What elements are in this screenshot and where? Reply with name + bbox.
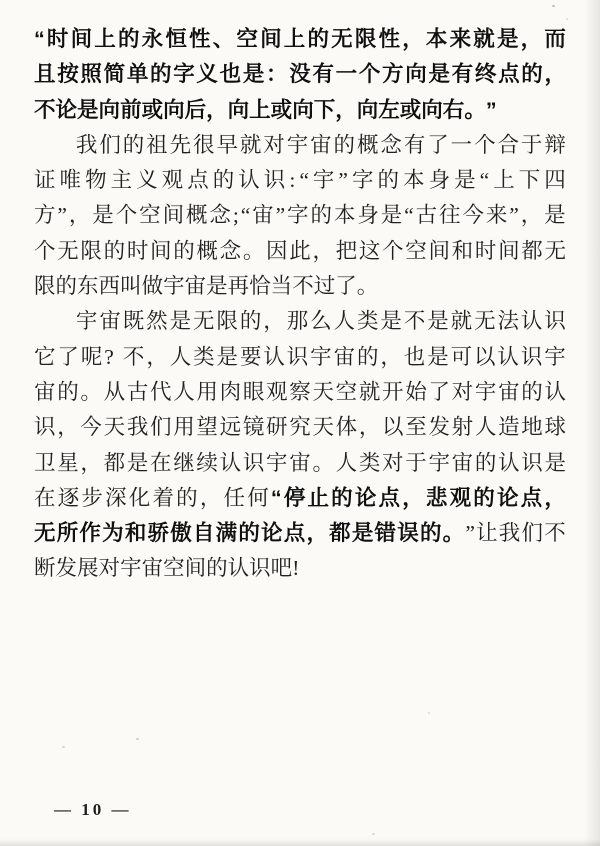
text-line: 限的东西叫做宇宙是再恰当不过了。 (34, 269, 566, 304)
text-line: 且按照简单的字义也是：没有一个方向是有终点的， (34, 57, 566, 92)
paragraph: “时间上的永恒性、空间上的无限性，本来就是，而且按照简单的字义也是：没有一个方向… (34, 22, 568, 128)
text-line: 断发展对宇宙空间的认识吧! (34, 551, 566, 586)
scan-edge-shadow-right (584, 0, 600, 846)
text-line: 不论是向前或向后，向上或向下，向左或向右。” (34, 93, 566, 128)
text-line: 方”，是个空间概念;“宙”字的本身是“古往今来”，是 (34, 198, 566, 233)
text-line: 卫星，都是在继续认识宇宙。人类对于宇宙的认识是 (34, 446, 566, 481)
scan-speck (62, 746, 65, 748)
text-line: 我们的祖先很早就对宇宙的概念有了一个合于辩 (34, 128, 566, 163)
text-line: 个无限的时间的概念。因此，把这个空间和时间都无 (34, 234, 566, 269)
paragraph: 我们的祖先很早就对宇宙的概念有了一个合于辩证唯物主义观点的认识:“宇”字的本身是… (34, 128, 568, 304)
scan-speck (552, 5, 555, 7)
text-line: 识，今天我们用望远镜研究天体，以至发射人造地球 (34, 410, 566, 445)
paragraph: 宇宙既然是无限的，那么人类是不是就无法认识它了呢? 不，人类是要认识宇宙的，也是… (34, 304, 568, 586)
paragraph-indent (34, 151, 74, 152)
book-page: “时间上的永恒性、空间上的无限性，本来就是，而且按照简单的字义也是：没有一个方向… (0, 0, 600, 846)
scan-edge-shadow-bottom (0, 839, 600, 846)
text-line: 宇宙既然是无限的，那么人类是不是就无法认识 (34, 304, 566, 339)
text-line: 在逐步深化着的，任何“停止的论点，悲观的论点， (34, 481, 566, 516)
scan-speck (566, 18, 568, 20)
page-text: “时间上的永恒性、空间上的无限性，本来就是，而且按照简单的字义也是：没有一个方向… (34, 22, 568, 587)
paragraph-indent (34, 327, 74, 328)
page-number: — 10 — (54, 800, 132, 820)
text-line: 证唯物主义观点的认识:“宇”字的本身是“上下四 (34, 163, 566, 198)
scan-speck (136, 738, 139, 740)
text-line: 宙的。从古代人用肉眼观察天空就开始了对宇宙的认 (34, 375, 566, 410)
text-line: 它了呢? 不，人类是要认识宇宙的，也是可以认识宇 (34, 340, 566, 375)
scan-speck (428, 712, 430, 714)
scan-speck (372, 833, 375, 835)
text-line: “时间上的永恒性、空间上的无限性，本来就是，而 (34, 22, 566, 57)
text-line: 无所作为和骄傲自满的论点，都是错误的。”让我们不 (34, 516, 566, 551)
